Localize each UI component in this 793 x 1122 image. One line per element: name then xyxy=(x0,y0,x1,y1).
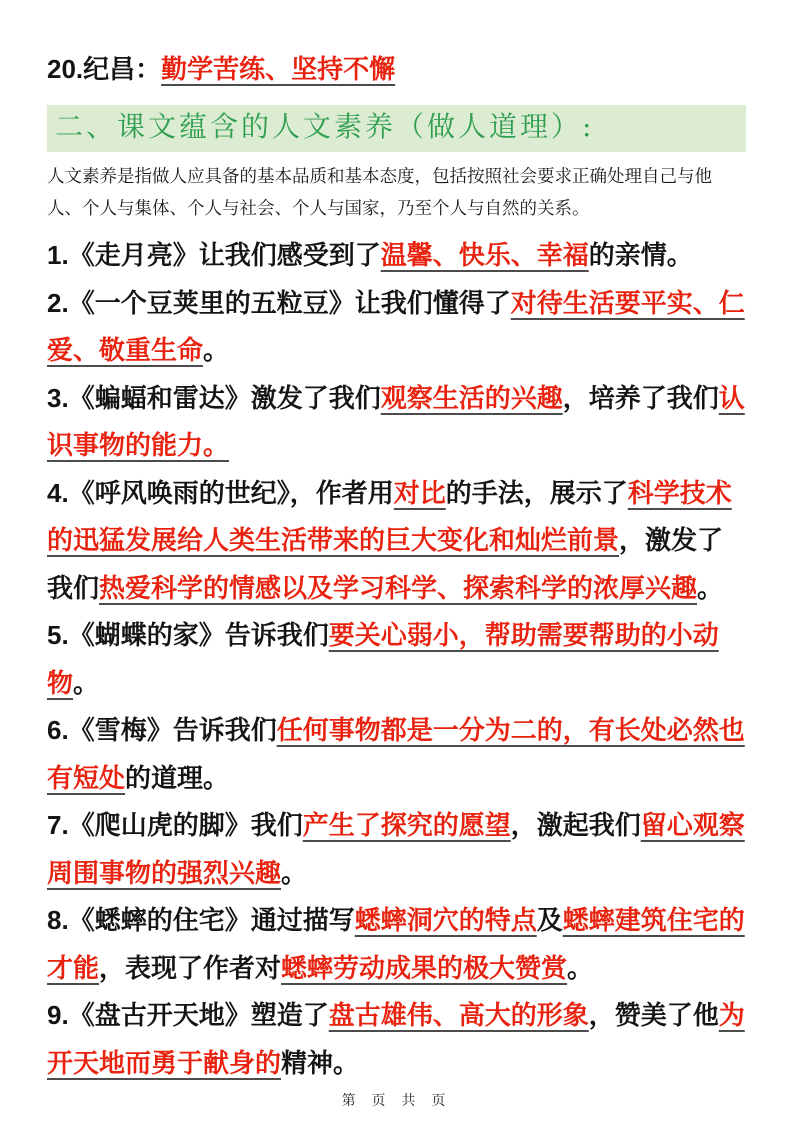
item-text: 《爬山虎的脚》我们 xyxy=(69,810,303,840)
item-highlight: 观察生活的兴趣 xyxy=(381,383,563,413)
item-highlight: 蟋蟀洞穴的特点 xyxy=(355,905,537,935)
item-number: 8. xyxy=(47,905,69,935)
item-text: ，赞美了他 xyxy=(589,1000,719,1030)
item-number: 2. xyxy=(47,288,69,318)
item-number: 5. xyxy=(47,620,69,650)
section-heading: 二、课文蕴含的人文素养（做人道理）: xyxy=(47,105,746,152)
item-text: 《盘古开天地》塑造了 xyxy=(69,1000,329,1030)
item-number: 9. xyxy=(47,1000,69,1030)
page-content: 20.纪昌：勤学苦练、坚持不懈 二、课文蕴含的人文素养（做人道理）: 人文素养是… xyxy=(0,0,793,1087)
item-number: 1. xyxy=(47,240,69,270)
list-item: 3.《蝙蝠和雷达》激发了我们观察生活的兴趣，培养了我们认识事物的能力。 xyxy=(47,375,746,470)
list-item: 1.《走月亮》让我们感受到了温馨、快乐、幸福的亲情。 xyxy=(47,232,746,280)
list-item: 5.《蝴蝶的家》告诉我们要关心弱小，帮助需要帮助的小动物。 xyxy=(47,612,746,707)
item-text: 《走月亮》让我们感受到了 xyxy=(69,240,381,270)
list-item: 9.《盘古开天地》塑造了盘古雄伟、高大的形象，赞美了他为开天地而勇于献身的精神。 xyxy=(47,992,746,1087)
item-text: 《一个豆荚里的五粒豆》让我们懂得了 xyxy=(69,288,511,318)
item-highlight: 对比 xyxy=(394,478,446,508)
item-text: 。 xyxy=(567,953,593,983)
item-text: 《雪梅》告诉我们 xyxy=(69,715,277,745)
item-text: 《呼风唤雨的世纪》，作者用 xyxy=(69,478,394,508)
item-text: 的道理。 xyxy=(125,763,229,793)
item-prefix: 20.纪昌： xyxy=(47,54,161,84)
item-text: 及 xyxy=(537,905,563,935)
item-text: 的亲情。 xyxy=(589,240,693,270)
item-highlight: 盘古雄伟、高大的形象 xyxy=(329,1000,589,1030)
list-item-20: 20.纪昌：勤学苦练、坚持不懈 xyxy=(47,46,746,93)
item-text: ，表现了作者对 xyxy=(99,953,281,983)
items-list: 1.《走月亮》让我们感受到了温馨、快乐、幸福的亲情。2.《一个豆荚里的五粒豆》让… xyxy=(47,232,746,1087)
item-text: ，培养了我们 xyxy=(563,383,719,413)
page-footer: 第 页 共 页 xyxy=(0,1090,793,1110)
item-number: 3. xyxy=(47,383,69,413)
list-item: 8.《蟋蟀的住宅》通过描写蟋蟀洞穴的特点及蟋蟀建筑住宅的才能，表现了作者对蟋蟀劳… xyxy=(47,897,746,992)
item-text: 《蝙蝠和雷达》激发了我们 xyxy=(69,383,381,413)
item-text: 《蟋蟀的住宅》通过描写 xyxy=(69,905,355,935)
list-item: 4.《呼风唤雨的世纪》，作者用对比的手法，展示了科学技术的迅猛发展给人类生活带来… xyxy=(47,470,746,613)
document-page: 20.纪昌：勤学苦练、坚持不懈 二、课文蕴含的人文素养（做人道理）: 人文素养是… xyxy=(0,0,793,1122)
list-item: 7.《爬山虎的脚》我们产生了探究的愿望，激起我们留心观察周围事物的强烈兴趣。 xyxy=(47,802,746,897)
item-highlight: 蟋蟀劳动成果的极大赞赏 xyxy=(281,953,567,983)
item-number: 4. xyxy=(47,478,69,508)
item-number: 7. xyxy=(47,810,69,840)
item-highlight: 温馨、快乐、幸福 xyxy=(381,240,589,270)
item-text: ，激起我们 xyxy=(511,810,641,840)
list-item: 6.《雪梅》告诉我们任何事物都是一分为二的，有长处必然也有短处的道理。 xyxy=(47,707,746,802)
item-text: 。 xyxy=(203,335,229,365)
list-item: 2.《一个豆荚里的五粒豆》让我们懂得了对待生活要平实、仁爱、敬重生命。 xyxy=(47,280,746,375)
item-text: 精神。 xyxy=(281,1048,359,1078)
item-highlight: 产生了探究的愿望 xyxy=(303,810,511,840)
item-highlight: 勤学苦练、坚持不懈 xyxy=(161,54,395,84)
item-text: 。 xyxy=(73,668,99,698)
item-text: 。 xyxy=(697,573,723,603)
item-number: 6. xyxy=(47,715,69,745)
section-description: 人文素养是指做人应具备的基本品质和基本态度，包括按照社会要求正确处理自己与他人、… xyxy=(47,160,746,224)
item-text: 的手法，展示了 xyxy=(446,478,628,508)
item-highlight: 热爱科学的情感以及学习科学、探索科学的浓厚兴趣 xyxy=(99,573,697,603)
item-text: 《蝴蝶的家》告诉我们 xyxy=(69,620,329,650)
item-text: 。 xyxy=(281,858,307,888)
